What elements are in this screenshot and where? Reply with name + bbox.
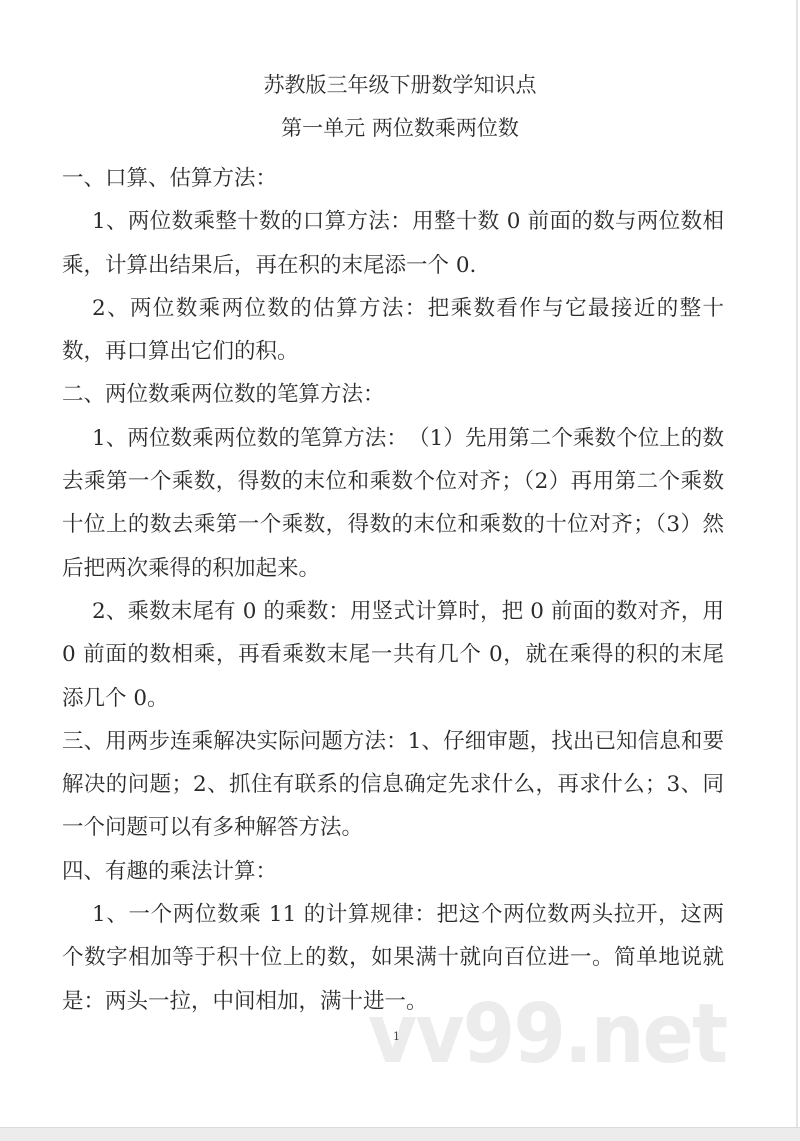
section-1-item-2: 2、两位数乘两位数的估算方法：把乘数看作与它最接近的整十数，再口算出它们的积。 <box>62 287 724 374</box>
document-page: 苏教版三年级下册数学知识点 第一单元 两位数乘两位数 一、口算、估算方法： 1、… <box>0 0 798 1127</box>
page-bottom-bar <box>0 1127 800 1141</box>
section-2-item-1: 1、两位数乘两位数的笔算方法： （1）先用第二个乘数个位上的数去乘第一个乘数，得… <box>62 417 724 590</box>
section-2-item-2: 2、乘数末尾有 0 的乘数：用竖式计算时，把 0 前面的数对齐，用 0 前面的数… <box>62 590 724 720</box>
document-body: 一、口算、估算方法： 1、两位数乘整十数的口算方法：用整十数 0 前面的数与两位… <box>62 157 724 1023</box>
section-heading-2: 二、两位数乘两位数的笔算方法： <box>62 373 724 416</box>
section-heading-4: 四、有趣的乘法计算： <box>62 850 724 893</box>
section-heading-1: 一、口算、估算方法： <box>62 157 724 200</box>
unit-title: 第一单元 两位数乘两位数 <box>0 113 800 143</box>
section-1-item-1: 1、两位数乘整十数的口算方法：用整十数 0 前面的数与两位数相乘，计算出结果后，… <box>62 200 724 287</box>
watermark-text: vv99.net <box>368 990 726 1080</box>
document-title: 苏教版三年级下册数学知识点 <box>0 70 800 100</box>
section-heading-3: 三、用两步连乘解决实际问题方法：1、仔细审题，找出已知信息和要解决的问题；2、抓… <box>62 720 724 850</box>
page-number: 1 <box>393 1030 400 1043</box>
